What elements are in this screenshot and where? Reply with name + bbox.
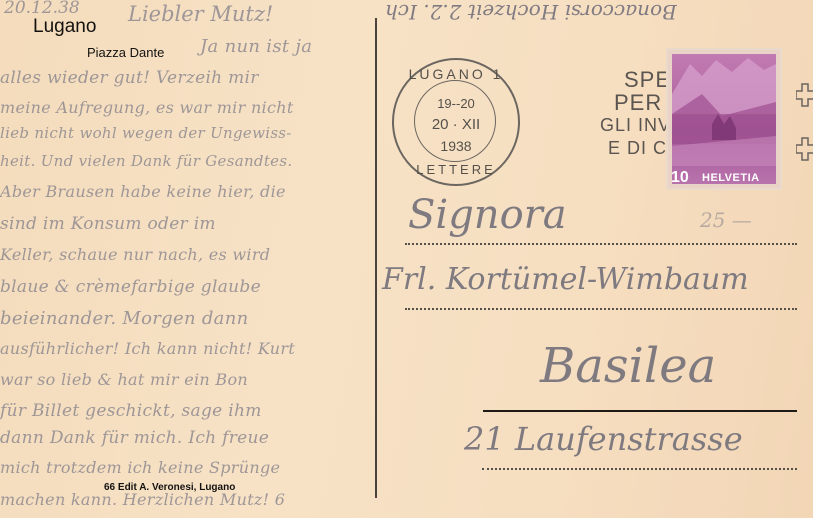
printed-title: Lugano	[33, 16, 96, 38]
address-city: Basilea	[540, 338, 716, 394]
postmark-year: 1938	[394, 138, 518, 154]
stamp-image	[672, 54, 776, 184]
message-line: sind im Konsum oder im	[0, 214, 216, 234]
postmark-office: LETTERE	[394, 162, 518, 177]
address-dotted-line	[405, 308, 797, 310]
postmark-town: LUGANO 1	[394, 66, 518, 82]
message-line: dann Dank für mich. Ich freue	[0, 428, 269, 448]
address-salutation: Signora	[408, 192, 567, 238]
message-line: heit. Und vielen Dank für Gesandtes.	[0, 152, 292, 170]
postmark-date: 20 · XII	[394, 116, 518, 133]
postmark-time: 19--20	[394, 96, 518, 111]
address-dotted-line	[405, 243, 797, 245]
message-line: Ja nun ist ja	[200, 36, 312, 57]
circular-postmark: LUGANO 1 19--20 20 · XII 1938 LETTERE	[392, 58, 520, 186]
message-line: war so lieb & hat mir ein Bon	[0, 370, 248, 389]
message-line: Aber Brausen habe keine hier, die	[0, 182, 286, 201]
handwritten-salutation: Liebler Mutz!	[128, 2, 273, 26]
stamp-value: 10	[671, 169, 689, 187]
stamp-country: HELVETIA	[702, 172, 760, 184]
message-line: alles wieder gut! Verzeih mir	[0, 68, 259, 88]
postcard: 20.12.38 Lugano Piazza Dante Liebler Mut…	[0, 0, 813, 518]
upside-down-handwriting: Bonaccorsi Hochzeit 2.2. Ich	[385, 0, 677, 24]
message-line: blaue & crèmefarbige glaube	[0, 277, 261, 297]
pencil-amount-note: 25 —	[700, 208, 752, 232]
address-recipient: Frl. Kortümel-Wimbaum	[382, 262, 749, 297]
message-line: lieb nicht wohl wegen der Ungewiss-	[0, 124, 292, 142]
address-city-underline	[483, 410, 797, 412]
postage-stamp: 10 HELVETIA	[668, 50, 780, 188]
center-divider	[375, 18, 377, 498]
message-line: mich trotzdem ich keine Sprünge	[0, 458, 280, 477]
address-dotted-line	[482, 468, 797, 470]
message-line: beieinander. Morgen dann	[0, 308, 249, 329]
swiss-cross-icon	[796, 82, 813, 108]
message-line: ausführlicher! Ich kann nicht! Kurt	[0, 339, 295, 358]
mountain-castle-icon	[672, 54, 776, 184]
address-street: 21 Laufenstrasse	[464, 420, 743, 458]
message-line: Keller, schaue nur nach, es wird	[0, 245, 270, 264]
publisher-imprint: 66 Edit A. Veronesi, Lugano	[104, 482, 235, 493]
message-line: meine Aufregung, es war mir nicht	[0, 98, 294, 117]
message-line: für Billet geschickt, sage ihm	[0, 401, 262, 421]
printed-subtitle: Piazza Dante	[87, 45, 164, 60]
swiss-cross-icon	[796, 136, 813, 162]
